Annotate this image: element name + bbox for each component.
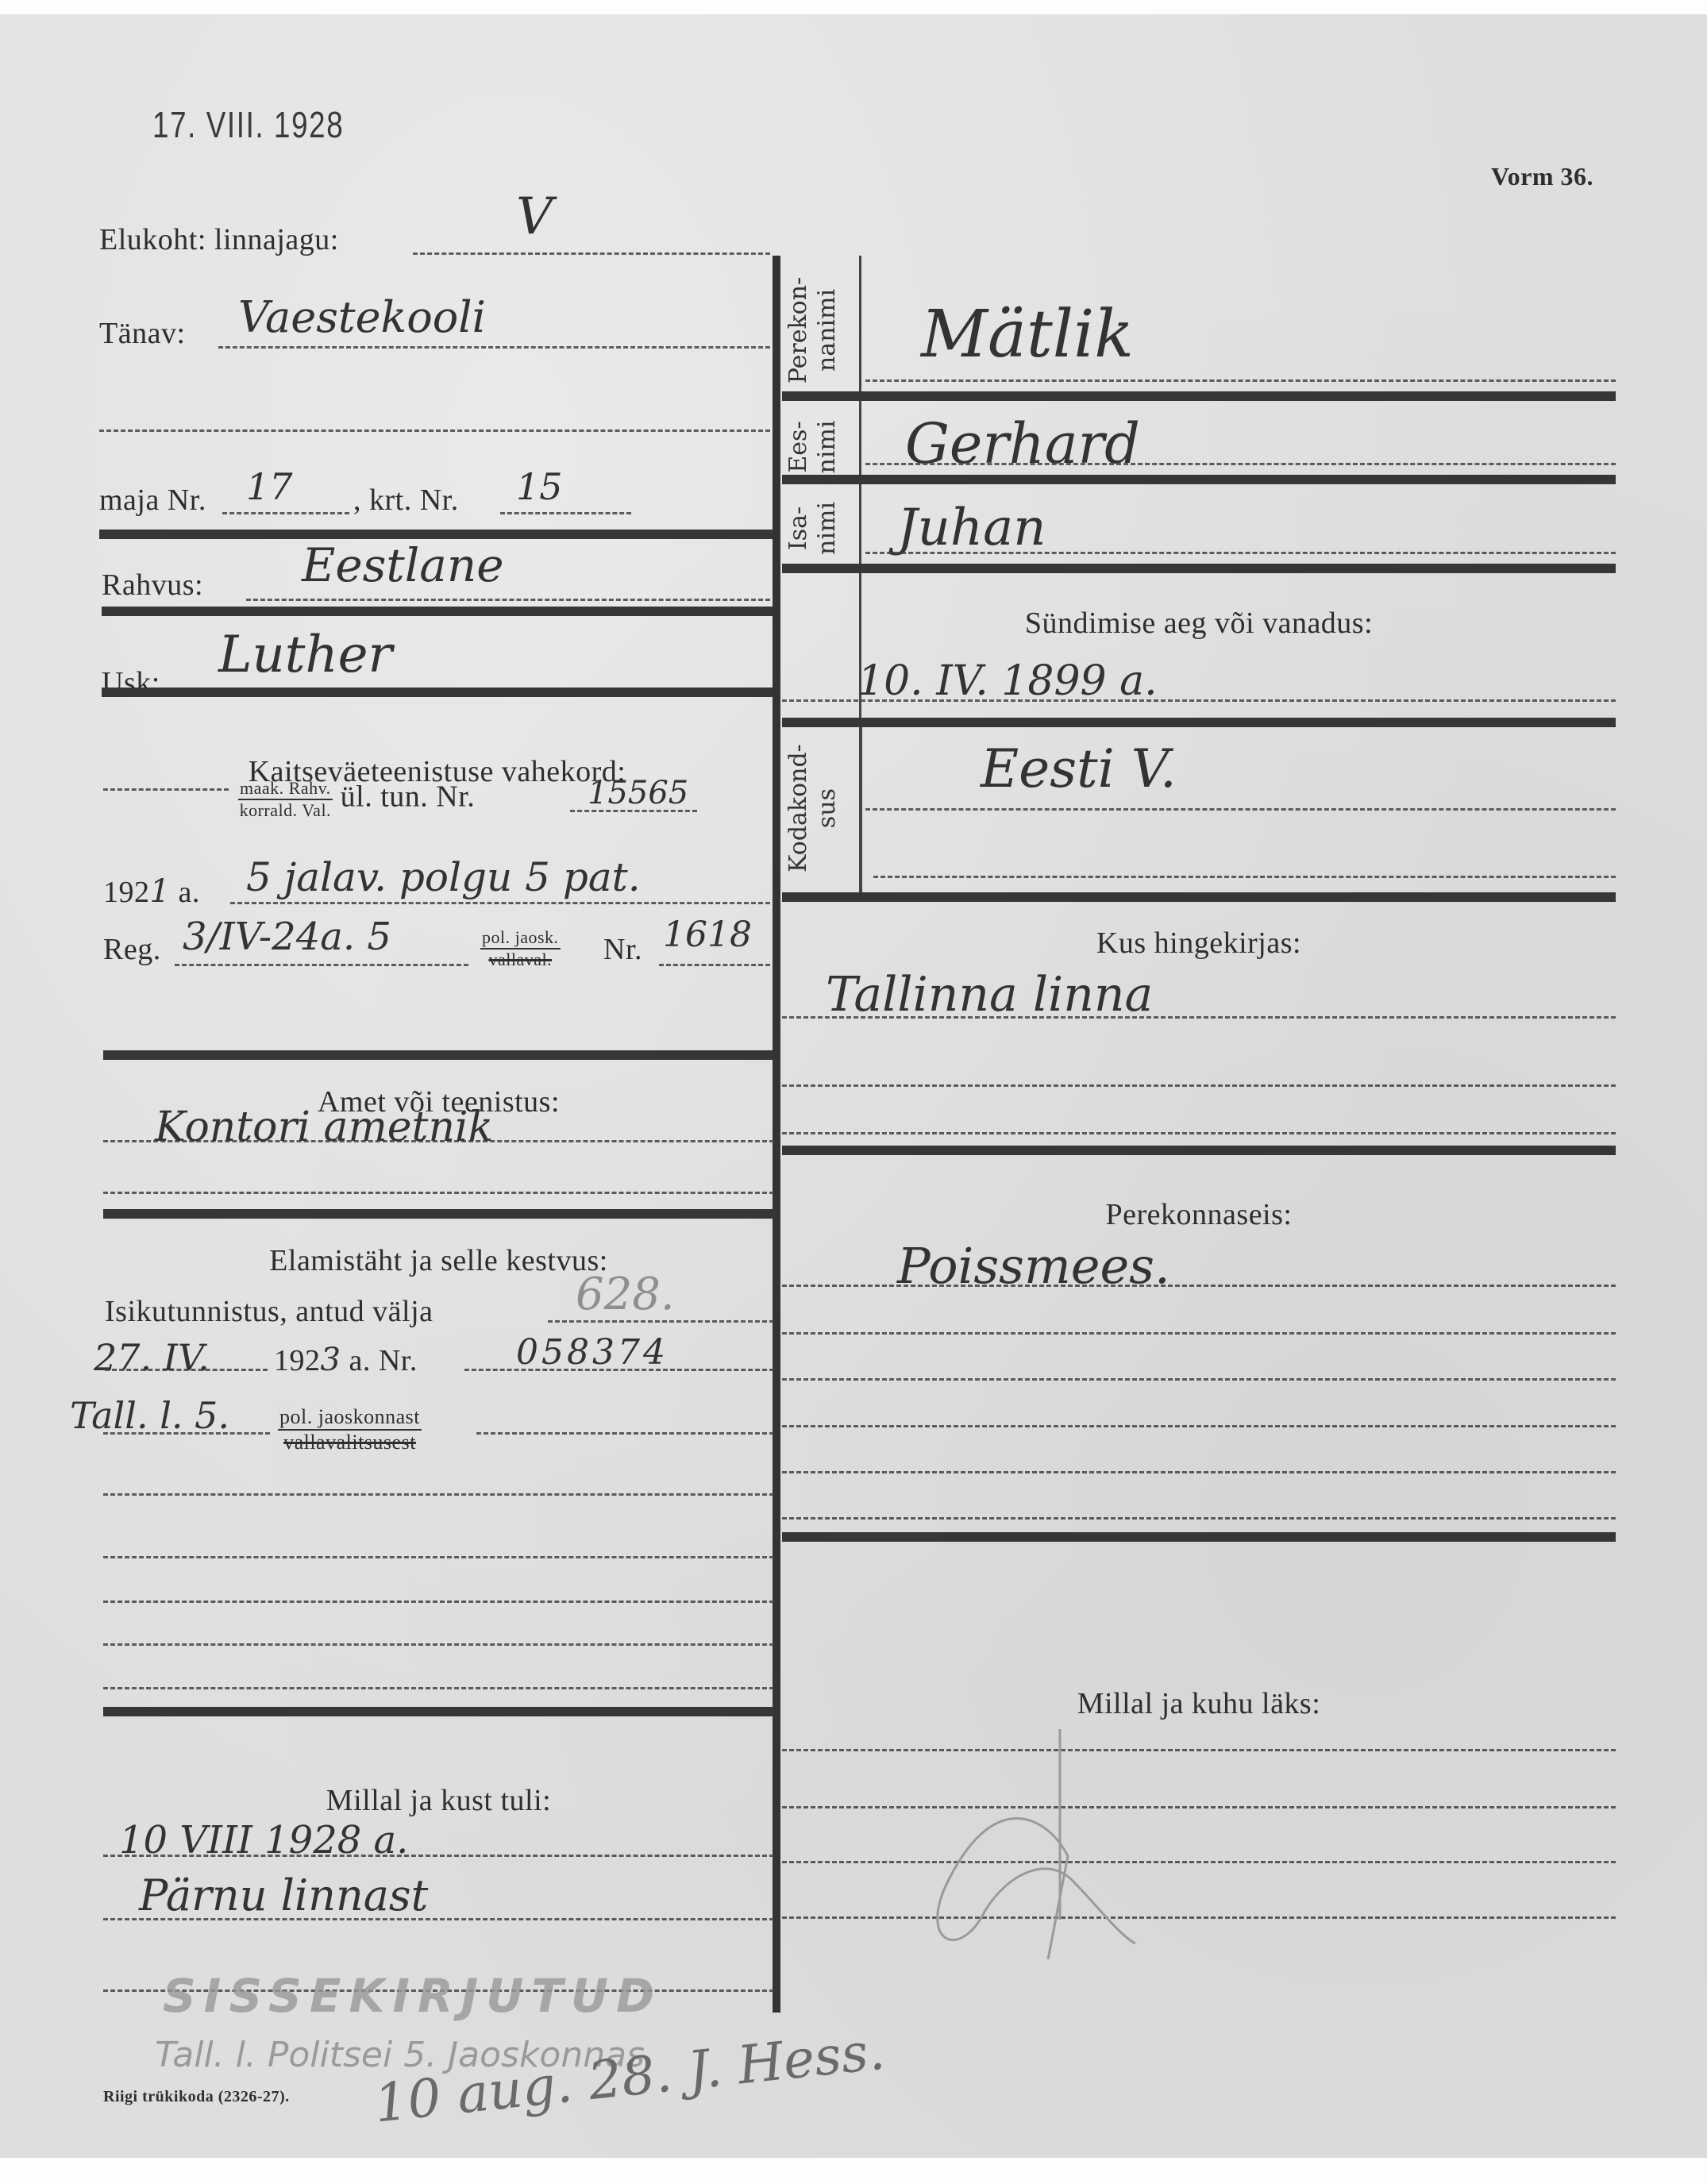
surname-value[interactable]: Mätlik: [921, 297, 1134, 372]
date-stamp: 17. VIII. 1928: [152, 103, 344, 146]
father-name-line: [865, 552, 1616, 554]
registration-stamp-title: SISSEKIRJUTUD: [163, 1969, 662, 2023]
section-divider: [782, 1532, 1616, 1542]
nationality-label: Rahvus:: [102, 568, 203, 603]
military-unit[interactable]: 5 jalav. polgu 5 pat.: [246, 854, 641, 900]
blank-line: [103, 1493, 774, 1496]
arrival-place-line: [103, 1918, 774, 1920]
id-card-line: [548, 1320, 774, 1323]
pencil-mark-icon: [897, 1721, 1151, 1991]
section-divider: [782, 1146, 1616, 1155]
registration-nr-label: Nr.: [603, 932, 642, 967]
registry-line: [782, 1016, 1616, 1019]
house-number-label: maja Nr.: [99, 483, 206, 518]
blank-line: [782, 1332, 1616, 1335]
blank-line: [103, 1600, 774, 1603]
id-issuer-fraction-wrap: pol. jaoskonnast vallavalitsusest: [278, 1405, 422, 1454]
nationality-value[interactable]: Eestlane: [302, 538, 504, 592]
registry-title: Kus hingekirjas:: [782, 926, 1616, 961]
registration-nr-value[interactable]: 1618: [663, 915, 752, 955]
surname-line: [865, 379, 1616, 382]
section-divider: [102, 607, 773, 616]
column-divider: [773, 256, 780, 2013]
registry-line-3: [782, 1132, 1616, 1134]
registration-value[interactable]: 3/IV-24a. 5: [183, 915, 391, 959]
blank-line: [782, 1425, 1616, 1427]
section-divider: [103, 1050, 774, 1060]
registration-fraction: pol. jaosk. vallaval.: [480, 927, 561, 970]
section-divider: [103, 1209, 776, 1219]
registry-line-2: [782, 1084, 1616, 1087]
arrival-place[interactable]: Pärnu linnast: [139, 1870, 428, 1920]
id-issue-year: 1923 a. Nr.: [274, 1342, 418, 1378]
family-status-title: Perekonnaseis:: [782, 1197, 1616, 1232]
street-value[interactable]: Vaestekooli: [238, 292, 486, 342]
family-status-line: [782, 1285, 1616, 1287]
apartment-value[interactable]: 15: [516, 465, 563, 508]
occupation-line-2: [103, 1192, 774, 1194]
military-year: 1921 a.: [103, 873, 200, 910]
military-unit-line: [230, 902, 770, 904]
section-divider: [782, 718, 1616, 727]
blank-line: [103, 1687, 774, 1689]
registration-fraction-wrap: pol. jaosk. vallaval.: [480, 927, 561, 970]
street-line: [218, 346, 770, 349]
religion-value[interactable]: Luther: [218, 626, 392, 684]
nationality-line: [246, 599, 770, 601]
id-issue-date[interactable]: 27. IV.: [94, 1336, 210, 1379]
birth-value[interactable]: 10. IV. 1899 a.: [857, 657, 1158, 705]
first-name-line: [865, 463, 1616, 465]
form-sheet: 17. VIII. 1928 Vorm 36. Elukoht: linnaja…: [0, 14, 1707, 2158]
district-line: [413, 252, 770, 255]
father-name-label: Isa- nimi: [784, 487, 842, 570]
birth-line: [782, 699, 1616, 702]
id-number[interactable]: 058374: [516, 1332, 669, 1373]
blank-line: [782, 1517, 1616, 1520]
father-name-value[interactable]: Juhan: [897, 499, 1046, 557]
registration-label: Reg.: [103, 932, 161, 967]
street-line-2: [99, 429, 770, 432]
house-line: [222, 512, 349, 514]
arrival-title: Millal ja kust tuli:: [103, 1783, 774, 1818]
id-issuer-line: [103, 1432, 270, 1435]
military-fraction: maak. Rahv. korrald. Val.: [238, 778, 333, 821]
citizenship-line-2: [873, 876, 1616, 878]
section-divider: [782, 892, 1616, 902]
military-row: maak. Rahv. korrald. Val. ül. tun. Nr.: [238, 778, 475, 821]
section-divider: [782, 564, 1616, 573]
blank-line: [782, 1378, 1616, 1381]
blank-line: [103, 1556, 774, 1558]
registration-nr-line: [659, 964, 770, 966]
citizenship-line: [865, 808, 1616, 811]
apartment-label: , krt. Nr.: [353, 483, 459, 518]
conscription-number[interactable]: 15565: [588, 775, 688, 811]
section-divider: [103, 1707, 774, 1716]
arrival-date-line: [103, 1855, 774, 1857]
blank-line: [103, 1643, 774, 1646]
section-divider: [102, 688, 773, 697]
citizenship-value[interactable]: Eesti V.: [981, 738, 1177, 799]
citizenship-label-divider: [860, 727, 862, 898]
surname-label: Perekon- nanimi: [784, 259, 842, 402]
district-label: Elukoht: linnajagu:: [99, 222, 339, 257]
house-number-value[interactable]: 17: [246, 465, 293, 508]
district-value[interactable]: V: [516, 187, 553, 246]
conscription-label: ül. tun. Nr.: [341, 780, 476, 814]
military-line: [103, 788, 229, 791]
birth-title: Sündimise aeg või vanadus:: [782, 606, 1616, 641]
occupation-value[interactable]: Kontori ametnik: [155, 1104, 493, 1151]
registration-line: [175, 964, 468, 966]
registry-value[interactable]: Tallinna linna: [826, 967, 1153, 1023]
section-divider: [782, 475, 1616, 484]
section-divider: [782, 391, 1616, 401]
id-issue-date-line: [105, 1369, 268, 1371]
printer-imprint: Riigi trükikoda (2326-27).: [103, 2088, 290, 2106]
citizenship-label: Kodakond- sus: [784, 729, 842, 888]
id-card-label: Isikutunnistus, antud välja: [105, 1294, 433, 1329]
first-name-value[interactable]: Gerhard: [905, 411, 1140, 476]
blank-line: [782, 1471, 1616, 1473]
apartment-line: [500, 512, 631, 514]
id-issuer-line-2: [476, 1432, 774, 1435]
form-number: Vorm 36.: [1491, 162, 1593, 191]
street-label: Tänav:: [99, 316, 186, 351]
id-card-annotation: 628.: [576, 1269, 675, 1320]
id-issuer-value[interactable]: Tall. l. 5.: [70, 1394, 229, 1437]
departure-title: Millal ja kuhu läks:: [782, 1686, 1616, 1721]
id-issuer-fraction: pol. jaoskonnast vallavalitsusest: [278, 1405, 422, 1454]
